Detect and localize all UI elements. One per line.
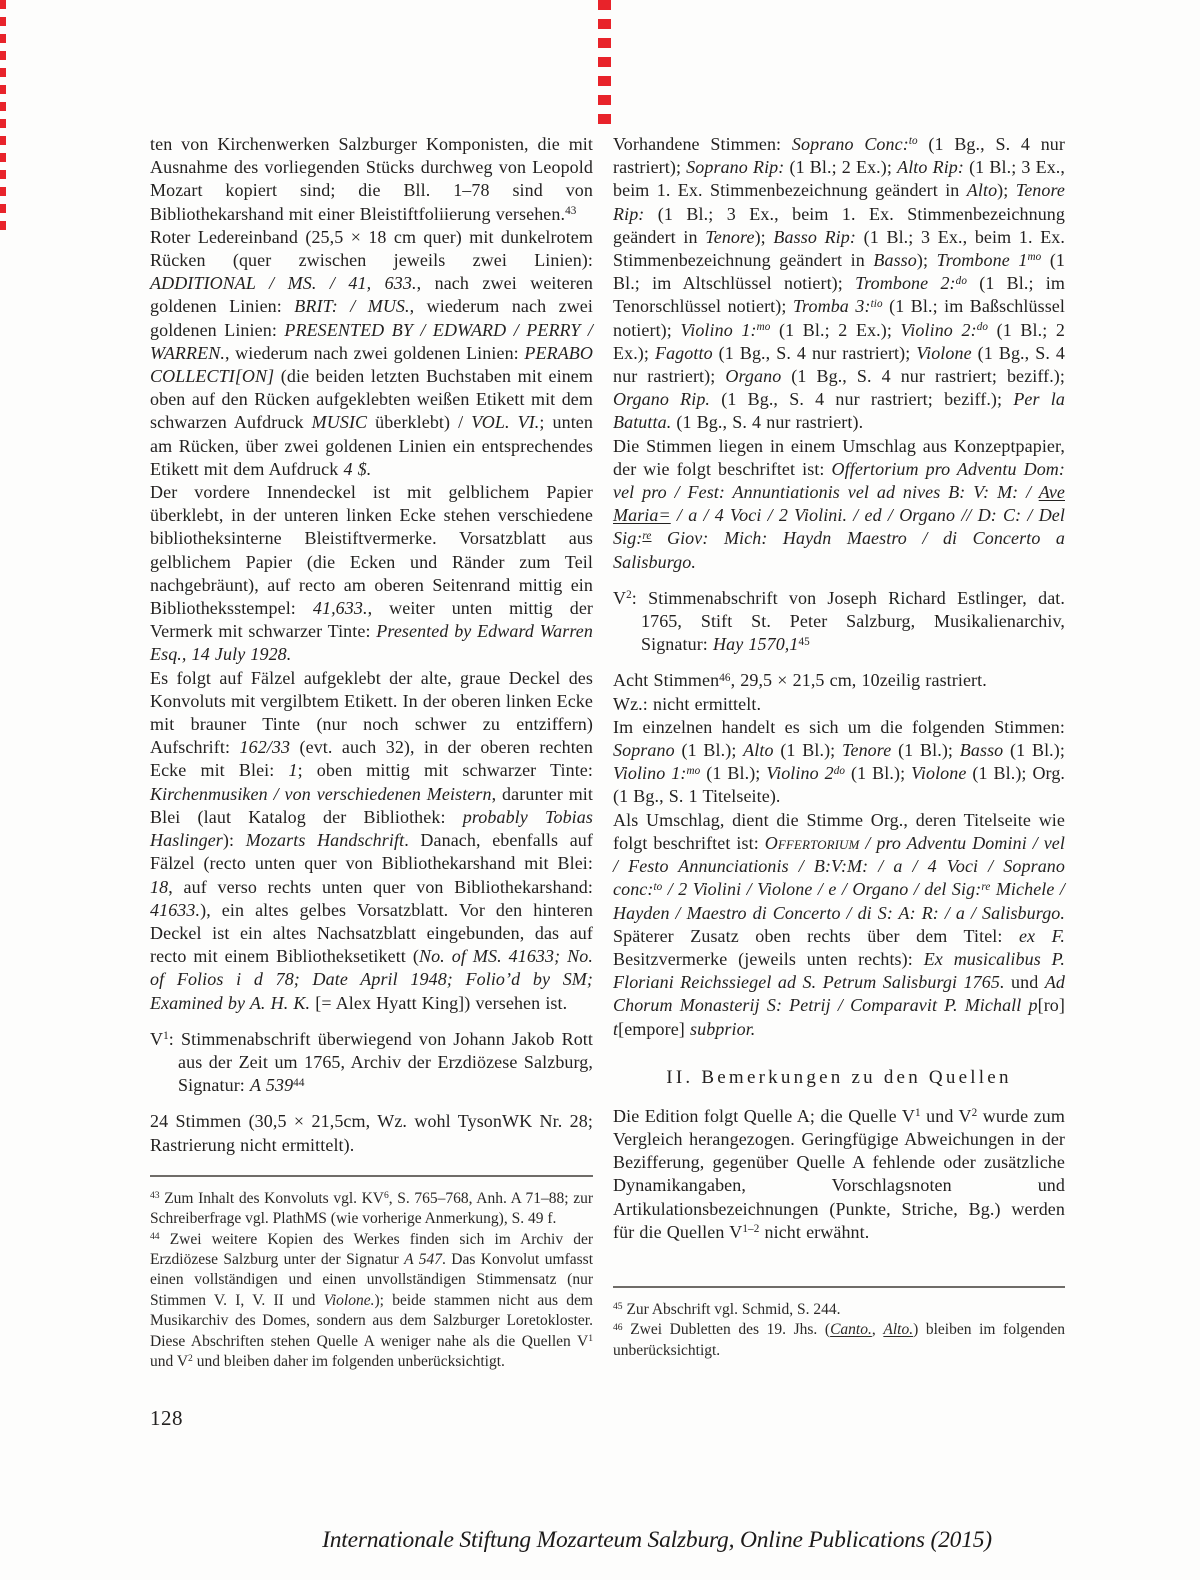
footnote-rule-right <box>613 1286 1065 1288</box>
footer-credit: Internationale Stiftung Mozarteum Salzbu… <box>0 1527 1200 1554</box>
red-scan-mark-left <box>0 0 6 234</box>
paragraph: Roter Ledereinband (25,5 × 18 cm quer) m… <box>150 226 593 481</box>
footnote: 44 Zwei weitere Kopien des Werkes finden… <box>150 1230 593 1373</box>
paragraph: Die Edition folgt Quelle A; die Quelle V… <box>613 1105 1065 1244</box>
paragraph: Acht Stimmen46, 29,5 × 21,5 cm, 10zeilig… <box>613 669 1065 692</box>
paragraph: Es folgt auf Fälzel aufgeklebt der alte,… <box>150 667 593 1015</box>
document-page: ten von Kirchenwerken Salzburger Komponi… <box>0 0 1200 1580</box>
paragraph: Vorhandene Stimmen: Soprano Conc:to (1 B… <box>613 133 1065 435</box>
paragraph: V2: Stimmenabschrift von Joseph Richard … <box>613 587 1065 657</box>
footnote: 43 Zum Inhalt des Konvoluts vgl. KV6, S.… <box>150 1189 593 1230</box>
right-column: Vorhandene Stimmen: Soprano Conc:to (1 B… <box>613 133 1065 1361</box>
paragraph: Die Stimmen liegen in einem Umschlag aus… <box>613 435 1065 574</box>
paragraph: Der vordere Innendeckel ist mit gelblich… <box>150 481 593 667</box>
footnote-rule-left <box>150 1175 593 1177</box>
right-paragraphs-top: Vorhandene Stimmen: Soprano Conc:to (1 B… <box>613 133 1065 1041</box>
right-footnotes: 45 Zur Abschrift vgl. Schmid, S. 244.46 … <box>613 1300 1065 1361</box>
paragraph: V1: Stimmenabschrift überwiegend von Joh… <box>150 1028 593 1098</box>
section-heading: II. Bemerkungen zu den Quellen <box>613 1067 1065 1089</box>
paragraph: ten von Kirchenwerken Salzburger Komponi… <box>150 133 593 226</box>
paragraph: Als Umschlag, dient die Stimme Org., der… <box>613 809 1065 1041</box>
paragraph: Im einzelnen handelt es sich um die folg… <box>613 716 1065 809</box>
left-column: ten von Kirchenwerken Salzburger Komponi… <box>150 133 593 1431</box>
paragraph: Wz.: nicht ermittelt. <box>613 693 1065 716</box>
left-footnotes: 43 Zum Inhalt des Konvoluts vgl. KV6, S.… <box>150 1189 593 1373</box>
footnote: 46 Zwei Dubletten des 19. Jhs. (Canto., … <box>613 1320 1065 1361</box>
page-number: 128 <box>150 1406 593 1431</box>
footnote: 45 Zur Abschrift vgl. Schmid, S. 244. <box>613 1300 1065 1320</box>
left-paragraphs: ten von Kirchenwerken Salzburger Komponi… <box>150 133 593 1157</box>
right-paragraphs-bottom: Die Edition folgt Quelle A; die Quelle V… <box>613 1105 1065 1244</box>
paragraph: 24 Stimmen (30,5 × 21,5cm, Wz. wohl Tyso… <box>150 1110 593 1156</box>
red-scan-mark-middle <box>598 0 611 128</box>
